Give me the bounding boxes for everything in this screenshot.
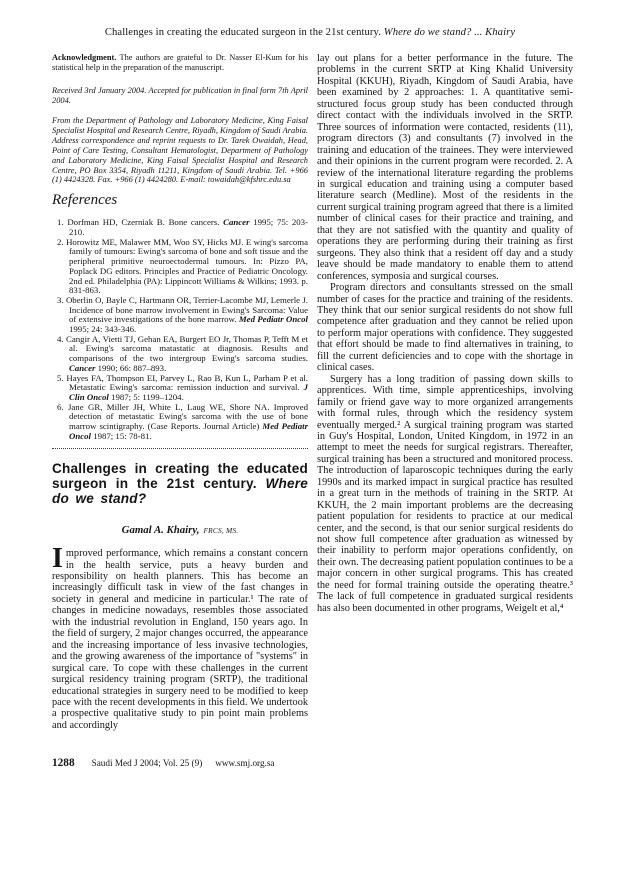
reference-text: Cangir A, Vietti TJ, Gehan EA, Burgert E…	[66, 334, 308, 363]
drop-cap: I	[52, 548, 66, 570]
references-heading: References	[52, 192, 308, 209]
received-dates: Received 3rd January 2004. Accepted for …	[52, 86, 308, 106]
section-divider	[52, 448, 308, 449]
reference-journal: Med Pediatr Oncol	[239, 314, 308, 324]
body-paragraph-1-text: mproved performance, which remains a con…	[52, 548, 308, 731]
left-column: Acknowledgment. The authors are grateful…	[52, 53, 308, 731]
reference-journal: Cancer	[223, 217, 249, 227]
journal-website: www.smj.org.sa	[215, 758, 274, 768]
reference-number: 5.	[57, 373, 64, 383]
reference-item: 4. Cangir A, Vietti TJ, Gehan EA, Burger…	[52, 335, 308, 374]
body-paragraph-4: Surgery has a long tradition of passing …	[317, 374, 573, 615]
running-head-title: Challenges in creating the educated surg…	[105, 27, 384, 38]
reference-text: Dorfman HD, Czerniak B. Bone cancers.	[67, 217, 223, 227]
two-column-layout: Acknowledgment. The authors are grateful…	[0, 38, 620, 731]
reference-cite: 1995; 24: 343-346.	[69, 324, 136, 334]
journal-volume-info: Saudi Med J 2004; Vol. 25 (9)	[92, 758, 203, 768]
author-line: Gamal A. Khairy, frcs, ms.	[52, 520, 308, 538]
reference-item: 1. Dorfman HD, Czerniak B. Bone cancers.…	[52, 218, 308, 237]
reference-item: 5. Hayes FA, Thompson EI, Parvey L, Rao …	[52, 374, 308, 403]
reference-number: 4.	[57, 334, 64, 344]
reference-number: 3.	[57, 295, 64, 305]
acknowledgment-label: Acknowledgment.	[52, 53, 116, 62]
right-column: lay out plans for a better performance i…	[317, 53, 573, 731]
reference-cite: 1987; 15: 78-81.	[91, 431, 152, 441]
body-paragraph-1: Improved performance, which remains a co…	[52, 548, 308, 731]
page-footer: 1288 Saudi Med J 2004; Vol. 25 (9) www.s…	[52, 757, 275, 769]
references-list: 1. Dorfman HD, Czerniak B. Bone cancers.…	[52, 218, 308, 441]
reference-number: 2.	[57, 237, 64, 247]
reference-item: 3. Oberlin O, Bayle C, Hartmann OR, Terr…	[52, 296, 308, 335]
journal-page: Challenges in creating the educated surg…	[0, 0, 620, 877]
running-head-subtitle: Where do we stand? ... Khairy	[384, 27, 515, 38]
reference-text: Horowitz ME, Malawer MM, Woo SY, Hicks M…	[66, 237, 308, 296]
author-degrees: frcs, ms.	[203, 526, 238, 535]
running-head: Challenges in creating the educated surg…	[0, 0, 620, 38]
reference-item: 2. Horowitz ME, Malawer MM, Woo SY, Hick…	[52, 238, 308, 296]
reference-item: 6. Jane GR, Miller JH, White L, Laug WE,…	[52, 403, 308, 442]
author-name: Gamal A. Khairy,	[122, 524, 200, 536]
reference-number: 6.	[57, 402, 64, 412]
reference-cite: 1990; 66: 887–893.	[95, 363, 166, 373]
reference-number: 1.	[57, 217, 64, 227]
body-paragraph-2: lay out plans for a better performance i…	[317, 53, 573, 282]
page-number: 1288	[52, 757, 75, 769]
reference-journal: Cancer	[69, 363, 95, 373]
reference-cite: 1987; 5: 1199–1204.	[109, 392, 184, 402]
article-title: Challenges in creating the educated surg…	[52, 461, 308, 507]
acknowledgment: Acknowledgment. The authors are grateful…	[52, 53, 308, 73]
reference-text: Hayes FA, Thompson EI, Parvey L, Rao B, …	[66, 373, 308, 393]
affiliation-correspondence: From the Department of Pathology and Lab…	[52, 116, 308, 185]
body-paragraph-3: Program directors and consultants stress…	[317, 282, 573, 374]
